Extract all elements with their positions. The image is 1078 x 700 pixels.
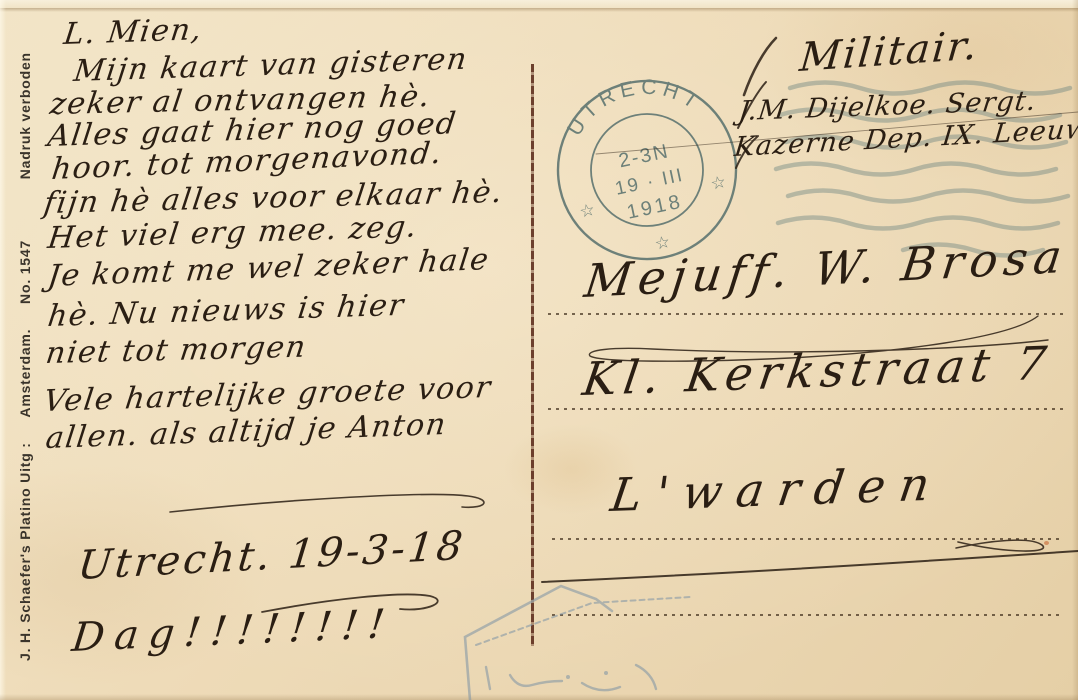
paper-edge-bottom: [0, 694, 1078, 700]
address-rule-4: [552, 614, 1062, 616]
message-line: L. Mien,: [62, 15, 204, 50]
address-recipient: Mejuff. W. Brosa: [582, 233, 1070, 304]
postmark-outer-circle: [541, 64, 752, 275]
paper-edge-right: [1072, 0, 1078, 700]
postmark-inner-circle: [581, 104, 714, 237]
censor-stamp-outline: [440, 555, 720, 700]
address-rule-3: [552, 538, 1064, 540]
address-rule-2: [548, 408, 1066, 410]
paper-edge-top-shadow: [0, 8, 1078, 12]
postmark-time: 2-3N: [617, 140, 672, 172]
postcard-divider-line: [531, 64, 534, 646]
imprint-number: No. 1547: [17, 240, 33, 304]
postmark-date: 19 · III: [613, 165, 686, 200]
paper-edge-top: [0, 0, 1078, 8]
imprint-publisher: J. H. Schaefer's Platino Uitg :: [17, 442, 33, 661]
message-line: hè. Nu nieuws is hier: [46, 291, 406, 332]
imprint-copyright-notice: Nadruk verboden: [17, 52, 33, 179]
message-farewell: Dag!!!!!!!!: [70, 604, 397, 658]
publisher-imprint: J. H. Schaefer's Platino Uitg : Amsterda…: [17, 52, 33, 661]
imprint-city: Amsterdam.: [17, 329, 33, 418]
message-line: fijn hè alles voor elkaar hè.: [42, 178, 505, 219]
address-category: Militair.: [798, 26, 981, 78]
postmark-city-arc: UTRECHT: [556, 63, 710, 143]
address-street: Kl. Kerkstraat 7: [580, 340, 1055, 402]
message-closing-date: Utrecht. 19-3-18: [76, 526, 467, 586]
star-icon: ☆: [578, 200, 597, 222]
postcard-back: J. H. Schaefer's Platino Uitg : Amsterda…: [0, 0, 1078, 700]
address-city: L'warden: [608, 461, 947, 518]
address-rule-1: [548, 313, 1066, 315]
postmark-year: 1918: [625, 191, 685, 224]
paper-edge-left: [0, 0, 6, 700]
message-line: niet tot morgen: [44, 333, 309, 369]
paper-speck: [1044, 541, 1049, 545]
star-icon: ☆: [709, 172, 728, 194]
